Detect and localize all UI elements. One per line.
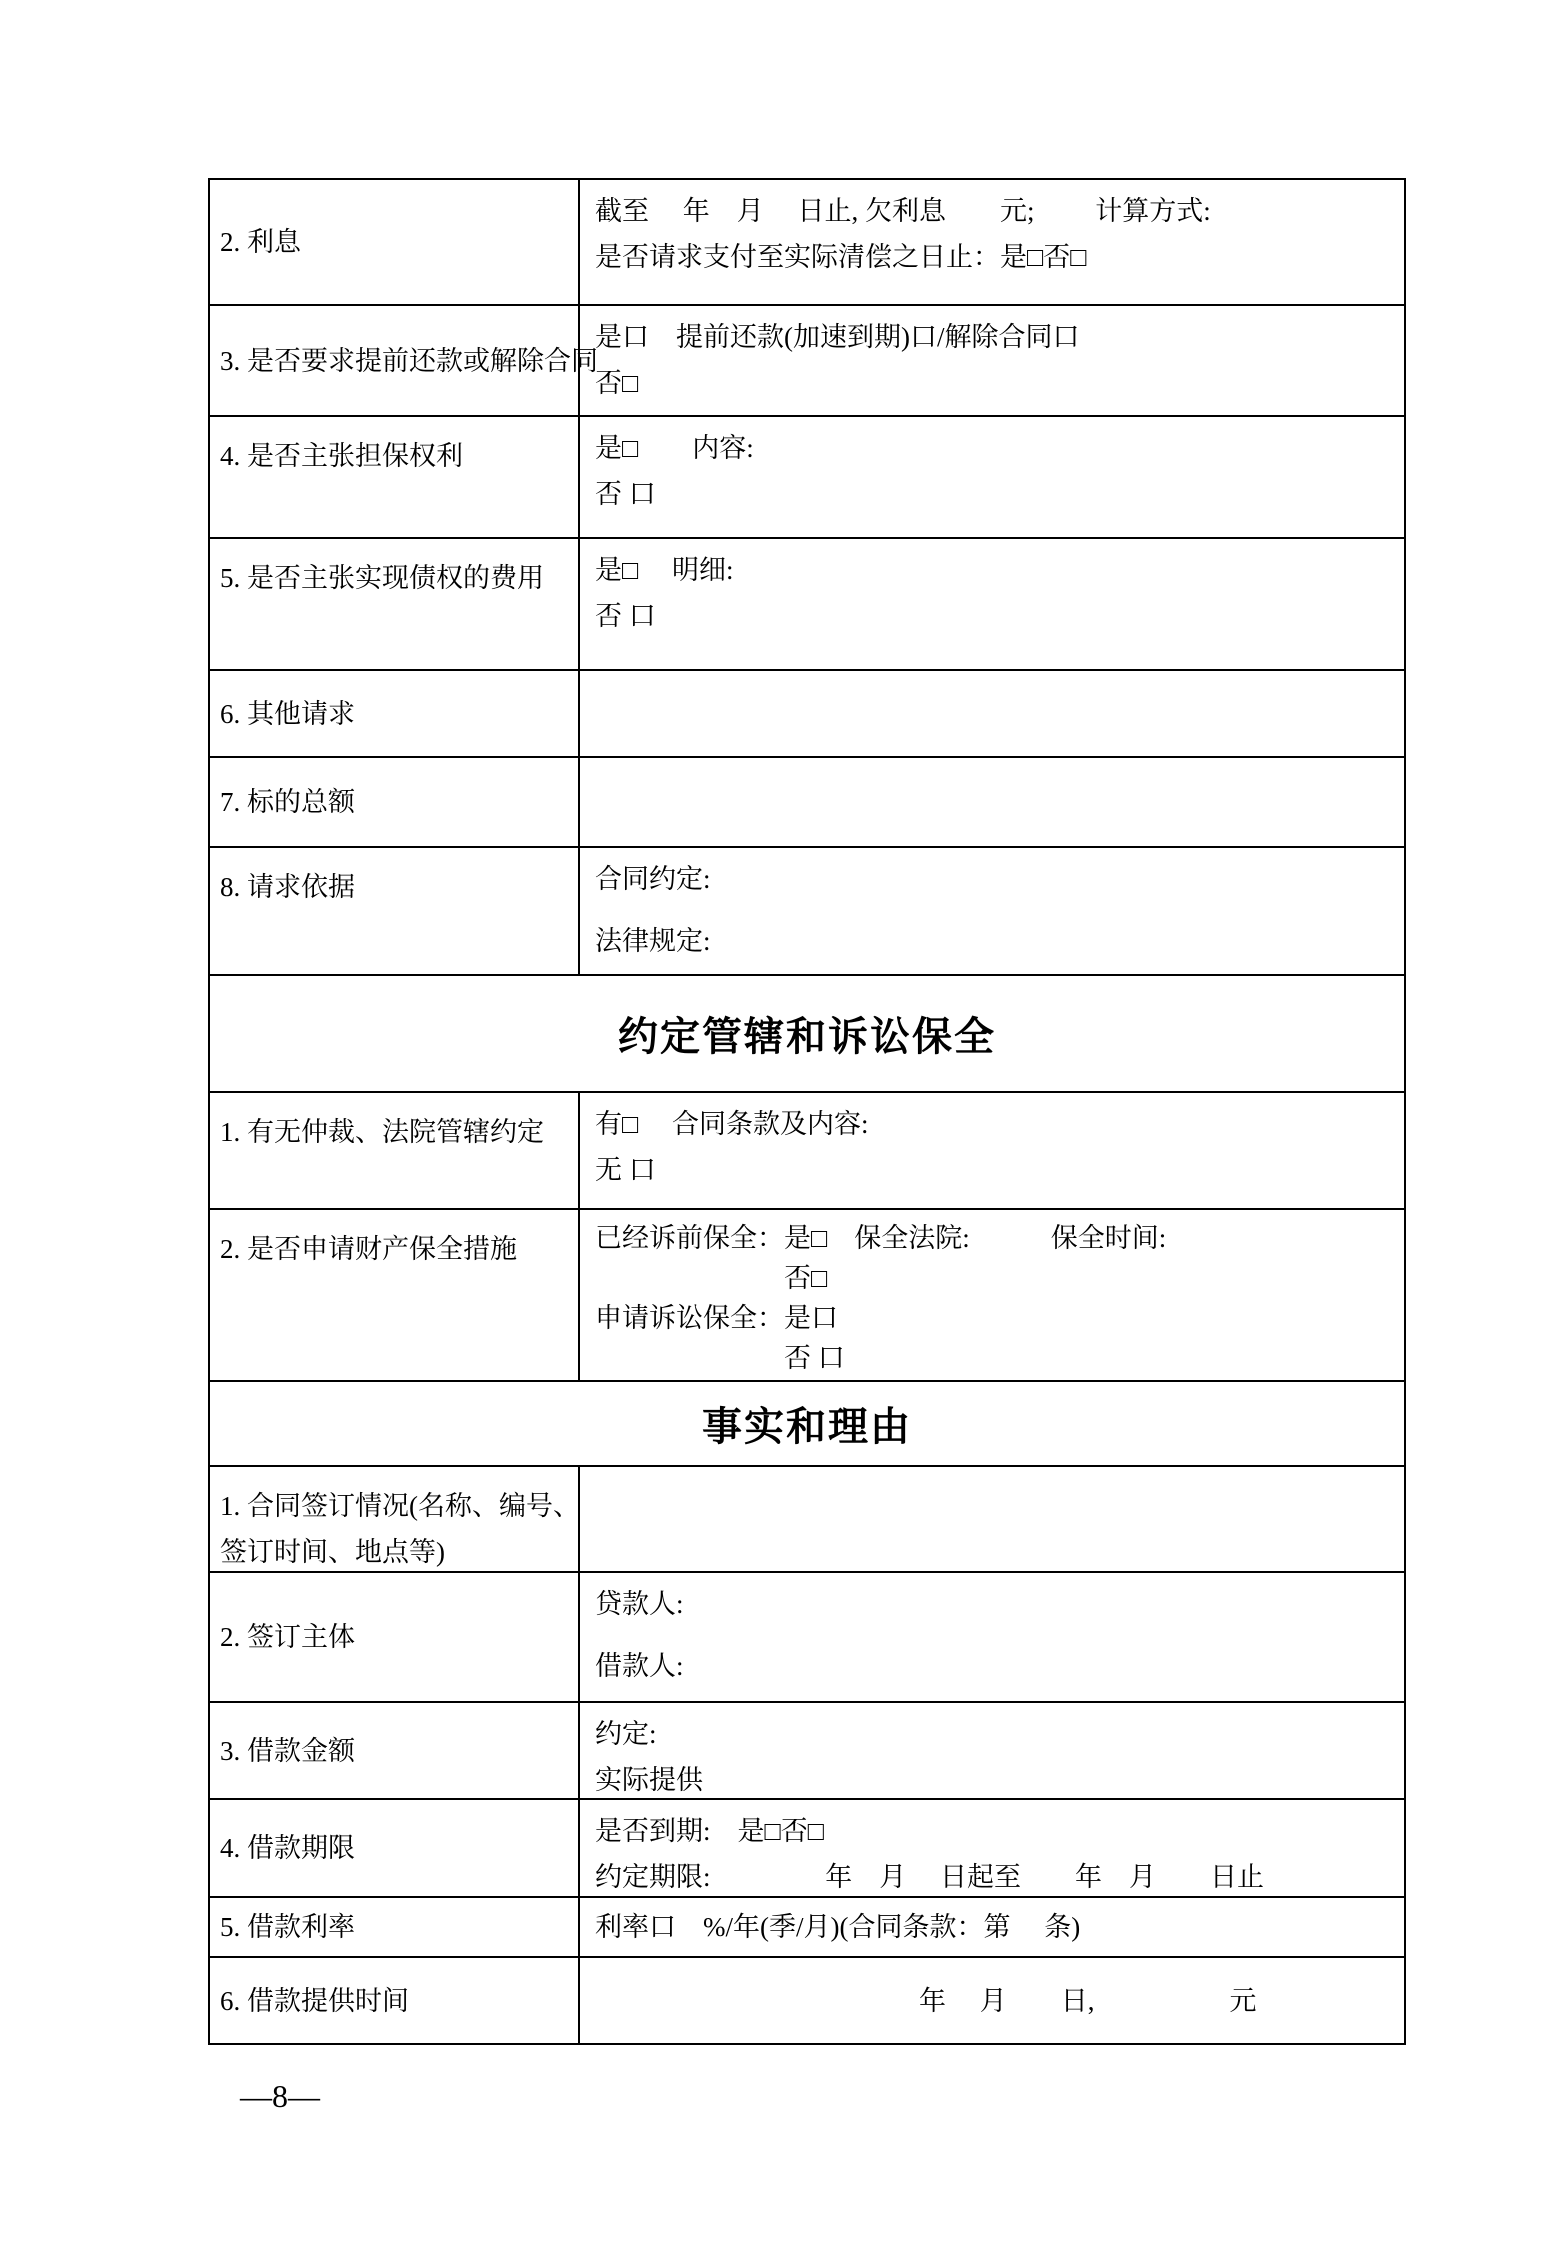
row-content-cell: 利率口 %/年(季/月)(合同条款：第 条) (580, 1898, 1404, 1956)
form-row: 1. 合同签订情况(名称、编号、签订时间、地点等) (210, 1465, 1404, 1571)
row-content-cell: 合同约定:法律规定: (580, 848, 1404, 974)
row-content-cell: 年 月 日, 元 (580, 1958, 1404, 2043)
row-content-cell (580, 1467, 1404, 1571)
cell-line: 截至 年 月 日止, 欠利息 元; 计算方式: (595, 188, 1396, 234)
row-content-cell: 是否到期: 是□否□约定期限: 年 月 日起至 年 月 日止 (580, 1800, 1404, 1896)
row-label: 4. 借款期限 (220, 1825, 574, 1871)
complaint-elements-table: 2. 利息截至 年 月 日止, 欠利息 元; 计算方式:是否请求支付至实际清偿之… (208, 178, 1406, 2045)
row-label: 4. 是否主张担保权利 (220, 433, 574, 479)
row-content-cell: 是□ 明细:否 口 (580, 539, 1404, 669)
row-content-cell: 是口 提前还款(加速到期)口/解除合同口否□ (580, 306, 1404, 415)
row-label: 签订时间、地点等) (220, 1529, 574, 1575)
row-label-cell: 2. 是否申请财产保全措施 (210, 1210, 580, 1380)
section-title: 事实和理由 (702, 1395, 912, 1452)
section-title: 约定管辖和诉讼保全 (618, 1005, 996, 1062)
row-label: 6. 其他请求 (220, 691, 574, 737)
cell-line: 申请诉讼保全：是口 (595, 1298, 1396, 1338)
section-header-row: 约定管辖和诉讼保全 (210, 974, 1404, 1091)
form-row: 1. 有无仲裁、法院管辖约定有□ 合同条款及内容:无 口 (210, 1091, 1404, 1208)
cell-line: 年 月 日, 元 (595, 1978, 1396, 2024)
row-content-cell (580, 758, 1404, 846)
row-label-cell: 1. 有无仲裁、法院管辖约定 (210, 1093, 580, 1208)
row-label: 1. 有无仲裁、法院管辖约定 (220, 1109, 574, 1155)
row-content-cell: 截至 年 月 日止, 欠利息 元; 计算方式:是否请求支付至实际清偿之日止：是□… (580, 180, 1404, 304)
row-content-cell: 约定:实际提供 (580, 1703, 1404, 1798)
cell-line: 实际提供 (595, 1757, 1396, 1803)
cell-line: 约定: (595, 1711, 1396, 1757)
row-label-cell: 8. 请求依据 (210, 848, 580, 974)
cell-line: 否□ (595, 360, 1396, 406)
row-label: 6. 借款提供时间 (220, 1978, 574, 2024)
cell-line: 贷款人: (595, 1581, 1396, 1627)
form-row: 5. 是否主张实现债权的费用是□ 明细:否 口 (210, 537, 1404, 669)
cell-line: 是□ 明细: (595, 547, 1396, 593)
row-content-cell: 已经诉前保全：是□ 保全法院: 保全时间: 否□申请诉讼保全：是口 否 口 (580, 1210, 1404, 1380)
row-label-cell: 2. 签订主体 (210, 1573, 580, 1701)
cell-line: 是□ 内容: (595, 425, 1396, 471)
document-page: 2. 利息截至 年 月 日止, 欠利息 元; 计算方式:是否请求支付至实际清偿之… (0, 0, 1549, 2250)
row-label: 2. 利息 (220, 219, 574, 265)
cell-line: 有□ 合同条款及内容: (595, 1101, 1396, 1147)
cell-line: 约定期限: 年 月 日起至 年 月 日止 (595, 1854, 1396, 1900)
form-row: 3. 是否要求提前还款或解除合同是口 提前还款(加速到期)口/解除合同口否□ (210, 304, 1404, 415)
form-row: 8. 请求依据合同约定:法律规定: (210, 846, 1404, 974)
row-label: 3. 借款金额 (220, 1728, 574, 1774)
cell-line: 否□ (595, 1258, 1396, 1298)
form-row: 7. 标的总额 (210, 756, 1404, 846)
row-label-cell: 1. 合同签订情况(名称、编号、签订时间、地点等) (210, 1467, 580, 1571)
row-label: 5. 是否主张实现债权的费用 (220, 555, 574, 601)
row-label-cell: 6. 其他请求 (210, 671, 580, 756)
form-row: 5. 借款利率利率口 %/年(季/月)(合同条款：第 条) (210, 1896, 1404, 1956)
cell-line: 否 口 (595, 1338, 1396, 1378)
cell-line: 利率口 %/年(季/月)(合同条款：第 条) (595, 1904, 1396, 1950)
cell-line: 借款人: (595, 1643, 1396, 1689)
form-row: 6. 其他请求 (210, 669, 1404, 756)
cell-line: 是口 提前还款(加速到期)口/解除合同口 (595, 314, 1396, 360)
row-label: 2. 是否申请财产保全措施 (220, 1226, 574, 1272)
row-label: 2. 签订主体 (220, 1614, 574, 1660)
row-label: 3. 是否要求提前还款或解除合同 (220, 338, 574, 384)
cell-line: 否 口 (595, 593, 1396, 639)
cell-line: 法律规定: (595, 918, 1396, 964)
row-label-cell: 4. 借款期限 (210, 1800, 580, 1896)
form-row: 2. 利息截至 年 月 日止, 欠利息 元; 计算方式:是否请求支付至实际清偿之… (210, 180, 1404, 304)
section-header-row: 事实和理由 (210, 1380, 1404, 1465)
cell-line: 否 口 (595, 471, 1396, 517)
row-label-cell: 4. 是否主张担保权利 (210, 417, 580, 537)
cell-line: 是否到期: 是□否□ (595, 1808, 1396, 1854)
cell-line: 已经诉前保全：是□ 保全法院: 保全时间: (595, 1218, 1396, 1258)
row-label-cell: 3. 是否要求提前还款或解除合同 (210, 306, 580, 415)
row-content-cell (580, 671, 1404, 756)
form-row: 2. 签订主体贷款人:借款人: (210, 1571, 1404, 1701)
row-content-cell: 有□ 合同条款及内容:无 口 (580, 1093, 1404, 1208)
row-label-cell: 2. 利息 (210, 180, 580, 304)
form-row: 3. 借款金额约定:实际提供 (210, 1701, 1404, 1798)
form-row: 4. 是否主张担保权利是□ 内容:否 口 (210, 415, 1404, 537)
row-label: 7. 标的总额 (220, 779, 574, 825)
cell-line: 是否请求支付至实际清偿之日止：是□否□ (595, 234, 1396, 280)
row-label-cell: 6. 借款提供时间 (210, 1958, 580, 2043)
cell-line: 合同约定: (595, 856, 1396, 902)
row-label: 8. 请求依据 (220, 864, 574, 910)
row-label-cell: 3. 借款金额 (210, 1703, 580, 1798)
cell-line: 无 口 (595, 1147, 1396, 1193)
form-row: 4. 借款期限是否到期: 是□否□约定期限: 年 月 日起至 年 月 日止 (210, 1798, 1404, 1896)
form-row: 2. 是否申请财产保全措施已经诉前保全：是□ 保全法院: 保全时间: 否□申请诉… (210, 1208, 1404, 1380)
row-content-cell: 贷款人:借款人: (580, 1573, 1404, 1701)
row-label-cell: 5. 是否主张实现债权的费用 (210, 539, 580, 669)
form-row: 6. 借款提供时间 年 月 日, 元 (210, 1956, 1404, 2043)
page-number: —8— (240, 2078, 320, 2115)
row-label: 5. 借款利率 (220, 1904, 574, 1950)
row-label-cell: 5. 借款利率 (210, 1898, 580, 1956)
row-label-cell: 7. 标的总额 (210, 758, 580, 846)
row-content-cell: 是□ 内容:否 口 (580, 417, 1404, 537)
row-label: 1. 合同签订情况(名称、编号、 (220, 1483, 574, 1529)
